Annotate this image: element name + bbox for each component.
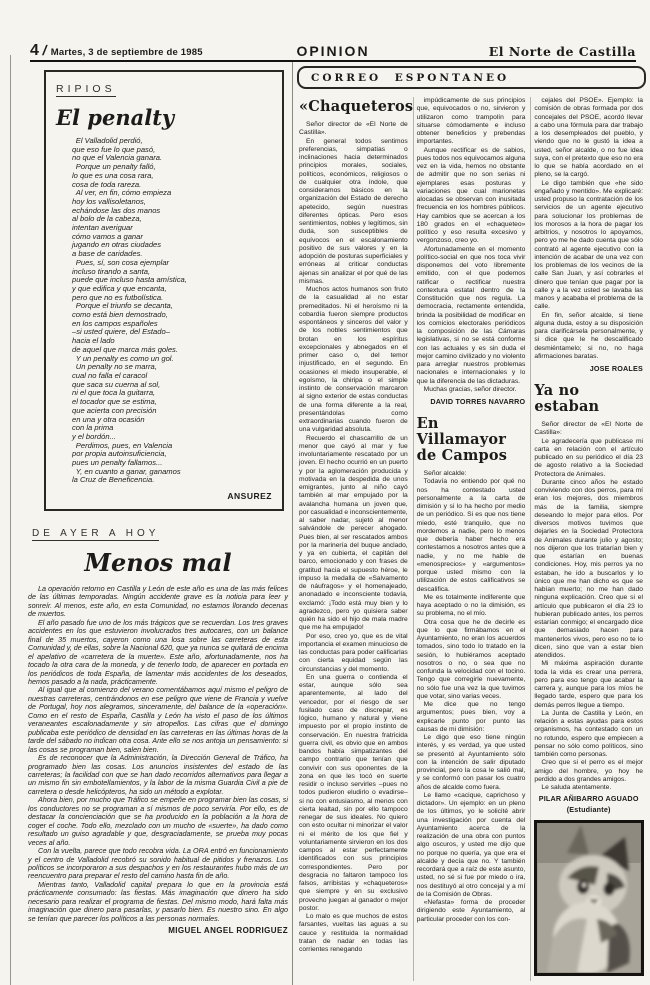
letter1-title: «Chaqueteros»: [299, 99, 408, 115]
correo-banner: CORREO ESPONTANEO: [297, 66, 646, 89]
paragraph: Lo malo es que muchos de estos farsantes…: [299, 913, 408, 954]
paragraph: El año pasado fue uno de los más trágico…: [28, 619, 288, 687]
paragraph: Mientras tanto, Valladolid capital prepa…: [28, 881, 288, 923]
paragraph: Le llamo «cacique, caprichoso y dictador…: [417, 792, 526, 899]
paragraph: Es de reconocer que la Administración, l…: [28, 754, 288, 796]
paragraph: Recuerdo el chascarrillo de un menor que…: [299, 435, 408, 633]
poem-title: El penalty: [56, 105, 272, 130]
de-ayer-a-hoy-label: DE AYER A HOY: [32, 528, 159, 541]
paragraph: Me es totalmente indiferente que haya ac…: [417, 594, 526, 619]
paragraph: Ahora bien, por mucho que Tráfico se emp…: [28, 796, 288, 847]
letter2-title: En Villamayor de Campos: [417, 416, 526, 464]
header-folio: 4 / Martes, 3 de septiembre de 1985: [30, 42, 296, 60]
paragraph: impúdicamente de sus principios que, equ…: [417, 97, 526, 147]
paragraph: En general todos sentimos preferencias, …: [299, 138, 408, 287]
letter1-signature: DAVID TORRES NAVARRO: [417, 397, 526, 406]
kitten-photo: [534, 820, 644, 976]
letter2-body-continued: cejales del PSOE». Ejemplo: la comisión …: [534, 97, 643, 361]
paragraph: Por eso, creo yo, que es de vital import…: [299, 633, 408, 674]
section-title: OPINION: [296, 43, 369, 60]
letter3-signature: PILAR AÑIBARRO AGUADO: [534, 794, 643, 803]
paragraph: Me dice que no tengo argumentos; pues bi…: [417, 701, 526, 734]
paragraph: Al igual que al comienzo del verano come…: [28, 686, 288, 754]
menos-mal-title: Menos mal: [28, 548, 288, 577]
letter3-body: Señor director de «El Norte de Castilla»…: [534, 421, 643, 792]
paragraph: Mi máxima aspiración durante toda la vid…: [534, 660, 643, 710]
letter-columns: «Chaqueteros» Señor director de «El Nort…: [296, 97, 648, 981]
left-column: RIPIOS El penalty El Valladolid perdió,q…: [28, 70, 288, 935]
letter1-body: Señor director de «El Norte de Castilla»…: [299, 121, 408, 954]
ripios-label: RIPIOS: [56, 83, 116, 97]
menos-mal-signature: MIGUEL ANGEL RODRIGUEZ: [28, 926, 288, 935]
page-date: Martes, 3 de septiembre de 1985: [51, 47, 203, 58]
paragraph: Le agradecería que publicase mi carta en…: [534, 438, 643, 479]
paragraph: Le digo que eso tiene ningún interés, y …: [417, 734, 526, 792]
correo-espontaneo-section: CORREO ESPONTANEO «Chaqueteros» Señor di…: [292, 62, 648, 985]
paragraph: Señor director de «El Norte de Castilla»…: [299, 121, 408, 138]
ripios-box: RIPIOS El penalty El Valladolid perdió,q…: [44, 70, 284, 511]
paragraph: Otra cosa que he de decirle es que lo qu…: [417, 619, 526, 702]
paragraph: Aunque rectificar es de sabios, pues tod…: [417, 147, 526, 246]
kitten-illustration: [537, 823, 641, 973]
paragraph: Señor alcalde:: [417, 470, 526, 478]
letter-column-2: impúdicamente de sus principios que, equ…: [413, 97, 531, 981]
letter1-body-continued: impúdicamente de sus principios que, equ…: [417, 97, 526, 394]
de-ayer-a-hoy-section: DE AYER A HOY Menos mal La operación ret…: [28, 523, 288, 935]
paragraph: En fin, señor alcalde, si tiene alguna d…: [534, 312, 643, 362]
letter-column-1: «Chaqueteros» Señor director de «El Nort…: [296, 97, 413, 981]
letter-column-3: cejales del PSOE». Ejemplo: la comisión …: [530, 97, 648, 981]
paragraph: Con la vuelta, parece que todo recobra v…: [28, 847, 288, 881]
paragraph: Durante cinco años he estado conviviendo…: [534, 479, 643, 661]
letter3-signature-role: (Estudiante): [534, 805, 643, 814]
paragraph: cejales del PSOE». Ejemplo: la comisión …: [534, 97, 643, 180]
letter2-signature: JOSE ROALES: [534, 364, 643, 373]
correo-banner-label: CORREO ESPONTANEO: [299, 72, 509, 84]
poem-body: El Valladolid perdió,que eso fue lo que …: [56, 137, 272, 485]
paragraph: la Cruz de Beneficencia.: [72, 476, 272, 485]
paragraph: La operación retorno en Castilla y León …: [28, 585, 288, 619]
paragraph: Todavía no entiendo por qué no nos ha co…: [417, 478, 526, 594]
menos-mal-body: La operación retorno en Castilla y León …: [28, 585, 288, 923]
paragraph: Le saluda atentamente.: [534, 784, 643, 792]
newspaper-page: 4 / Martes, 3 de septiembre de 1985 OPIN…: [0, 0, 650, 985]
letter3-title: Ya no estaban: [534, 383, 643, 415]
page-header: 4 / Martes, 3 de septiembre de 1985 OPIN…: [30, 38, 636, 62]
page-number: 4: [30, 42, 39, 60]
folio-slash: /: [41, 42, 48, 58]
letter2-body: Señor alcalde:Todavía no entiendo por qu…: [417, 470, 526, 924]
paragraph: «Nefasta» forma de proceder dirigiendo e…: [417, 899, 526, 924]
paragraph: Muchos actos humanos son fruto de la cas…: [299, 286, 408, 435]
paragraph: Le digo también que «he sido engañado y …: [534, 180, 643, 312]
paragraph: Señor director de «El Norte de Castilla»…: [534, 421, 643, 438]
page-edge-rule: [10, 55, 11, 985]
paragraph: Creo que si el perro es el mejor amigo d…: [534, 759, 643, 784]
paragraph: En una guerra o contienda el estar, aunq…: [299, 674, 408, 913]
paragraph: Afortunadamente en el momento político-s…: [417, 246, 526, 386]
paragraph: Muchas gracias, señor director.: [417, 386, 526, 394]
masthead: El Norte de Castilla: [370, 44, 636, 60]
poem-signature: ANSUREZ: [56, 491, 272, 501]
paragraph: La Junta de Castilla y León, en relación…: [534, 710, 643, 760]
